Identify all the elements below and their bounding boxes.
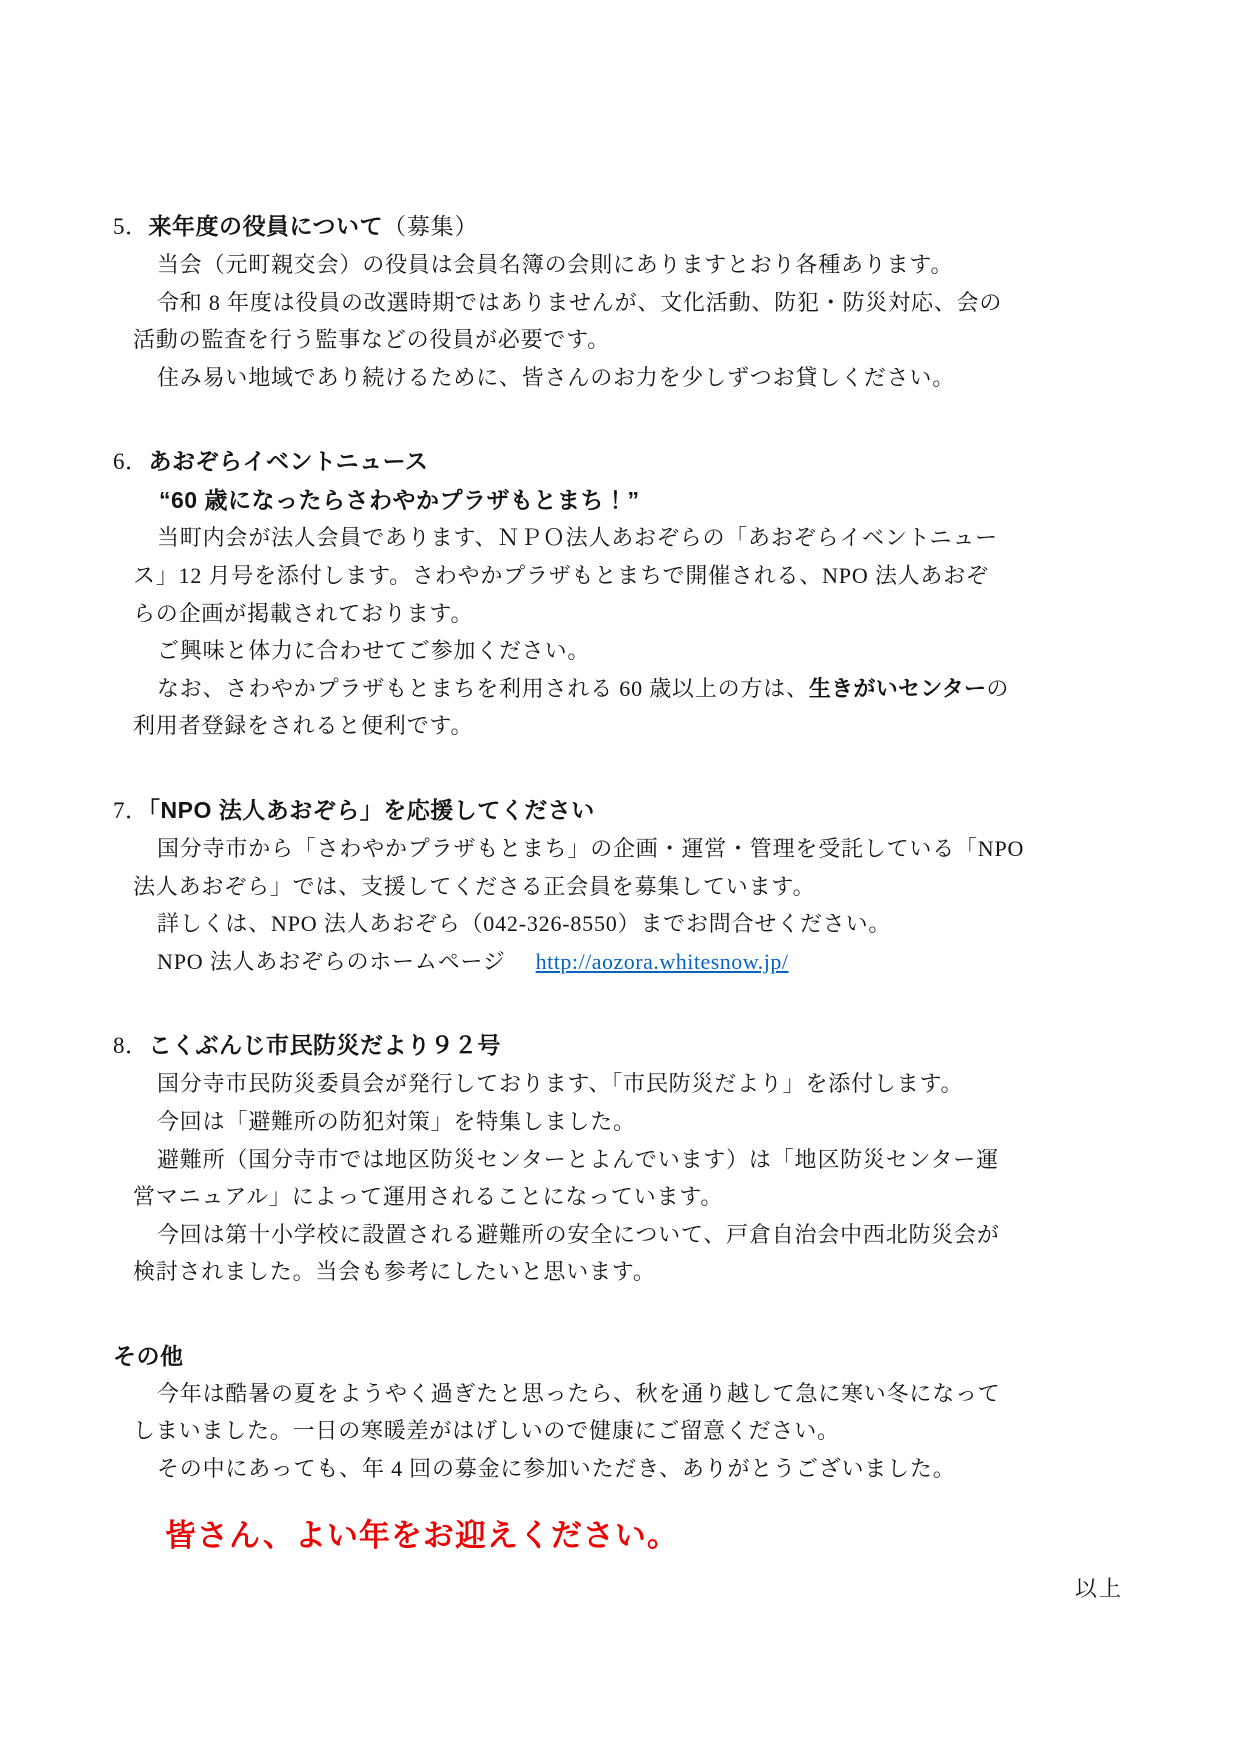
paragraph-line: 国分寺市から「さわやかプラザもとまち」の企画・運営・管理を受託している「NPO <box>133 830 1129 868</box>
paragraph-line: しまいました。一日の寒暖差がはげしいので健康にご留意ください。 <box>133 1412 1129 1450</box>
paragraph-line: 今回は第十小学校に設置される避難所の安全について、戸倉自治会中西北防災会が <box>133 1216 1129 1254</box>
document-end-marker: 以上 <box>113 1570 1129 1608</box>
paragraph-line: 今年は酷暑の夏をようやく過ぎたと思ったら、秋を通り越して急に寒い冬になって <box>133 1375 1129 1413</box>
section-other-heading: その他 <box>113 1337 1129 1375</box>
paragraph-line: ス」12 月号を添付します。さわやかプラザもとまちで開催される、NPO 法人あお… <box>133 557 1129 595</box>
section-5-officers: 5．来年度の役員について（募集） 当会（元町親交会）の役員は会員名簿の会則にあり… <box>113 207 1129 396</box>
paragraph-text: なお、さわやかプラザもとまちを利用される 60 歳以上の方は、 <box>157 676 809 701</box>
section-5-heading: 5．来年度の役員について（募集） <box>113 207 1129 246</box>
paragraph-line: 今回は「避難所の防犯対策」を特集しました。 <box>133 1103 1129 1141</box>
section-5-title-suffix: （募集） <box>383 214 478 239</box>
section-6-aozora-event-news: 6．あおぞらイベントニュース “60 歳になったらさわやかプラザもとまち！” 当… <box>113 442 1129 745</box>
section-7-heading: 7．「NPO 法人あおぞら」を応援してください <box>113 791 1129 830</box>
paragraph-line: 検討されました。当会も参考にしたいと思います。 <box>133 1253 1129 1291</box>
paragraph-line: その中にあっても、年 4 回の募金に参加いただき、ありがとうございました。 <box>133 1450 1129 1488</box>
document-page: 5．来年度の役員について（募集） 当会（元町親交会）の役員は会員名簿の会則にあり… <box>0 0 1241 1755</box>
emphasized-text-ikigai-center: 生きがいセンター <box>809 676 987 701</box>
section-8-heading: 8．こくぶんじ市民防災だより９２号 <box>113 1026 1129 1065</box>
paragraph-line: らの企画が掲載されております。 <box>133 595 1129 633</box>
paragraph-line: 国分寺市民防災委員会が発行しております、「市民防災だより」を添付します。 <box>133 1065 1129 1103</box>
paragraph-line: 法人あおぞら」では、支援してくださる正会員を募集しています。 <box>133 868 1129 906</box>
section-8-number: 8． <box>113 1033 149 1058</box>
closing-greeting: 皆さん、よい年をお迎えください。 <box>165 1514 1129 1558</box>
paragraph-line: 活動の監査を行う監事などの役員が必要です。 <box>133 321 1129 359</box>
paragraph-line: NPO 法人あおぞらのホームページhttp://aozora.whitesnow… <box>133 943 1129 981</box>
paragraph-line: 詳しくは、NPO 法人あおぞら（042-326-8550）までお問合せください。 <box>133 905 1129 943</box>
section-7-npo-aozora-support: 7．「NPO 法人あおぞら」を応援してください 国分寺市から「さわやかプラザもと… <box>113 791 1129 980</box>
paragraph-line: 避難所（国分寺市では地区防災センターとよんでいます）は「地区防災センター運 <box>133 1141 1129 1179</box>
paragraph-line: 当町内会が法人会員であります、ＮＰＯ法人あおぞらの「あおぞらイベントニュー <box>133 519 1129 557</box>
section-6-subtitle: “60 歳になったらさわやかプラザもとまち！” <box>159 481 1129 519</box>
section-6-number: 6． <box>113 449 149 474</box>
section-5-number: 5． <box>113 214 149 239</box>
section-8-title: こくぶんじ市民防災だより９２号 <box>149 1032 502 1058</box>
section-6-heading: 6．あおぞらイベントニュース <box>113 442 1129 481</box>
section-7-title: 「NPO 法人あおぞら」を応援してください <box>149 797 595 823</box>
paragraph-line: 利用者登録をされると便利です。 <box>133 707 1129 745</box>
section-other-title: その他 <box>113 1343 184 1369</box>
paragraph-line: 当会（元町親交会）の役員は会員名簿の会則にありますとおり各種あります。 <box>133 246 1129 284</box>
section-6-title: あおぞらイベントニュース <box>149 448 429 474</box>
paragraph-text: の <box>986 676 1009 701</box>
aozora-homepage-link[interactable]: http://aozora.whitesnow.jp/ <box>536 949 789 974</box>
homepage-label: NPO 法人あおぞらのホームページ <box>157 949 506 974</box>
paragraph-line: ご興味と体力に合わせてご参加ください。 <box>133 632 1129 670</box>
section-other: その他 今年は酷暑の夏をようやく過ぎたと思ったら、秋を通り越して急に寒い冬になっ… <box>113 1337 1129 1488</box>
section-5-title: 来年度の役員について <box>149 213 384 239</box>
section-7-number: 7． <box>113 798 149 823</box>
section-8-disaster-newsletter: 8．こくぶんじ市民防災だより９２号 国分寺市民防災委員会が発行しております、「市… <box>113 1026 1129 1291</box>
paragraph-line: 令和 8 年度は役員の改選時期ではありませんが、文化活動、防犯・防災対応、会の <box>133 284 1129 322</box>
paragraph-line: 営マニュアル」によって運用されることになっています。 <box>133 1178 1129 1216</box>
paragraph-line: なお、さわやかプラザもとまちを利用される 60 歳以上の方は、生きがいセンターの <box>133 670 1129 708</box>
paragraph-line: 住み易い地域であり続けるために、皆さんのお力を少しずつお貸しください。 <box>133 359 1129 397</box>
